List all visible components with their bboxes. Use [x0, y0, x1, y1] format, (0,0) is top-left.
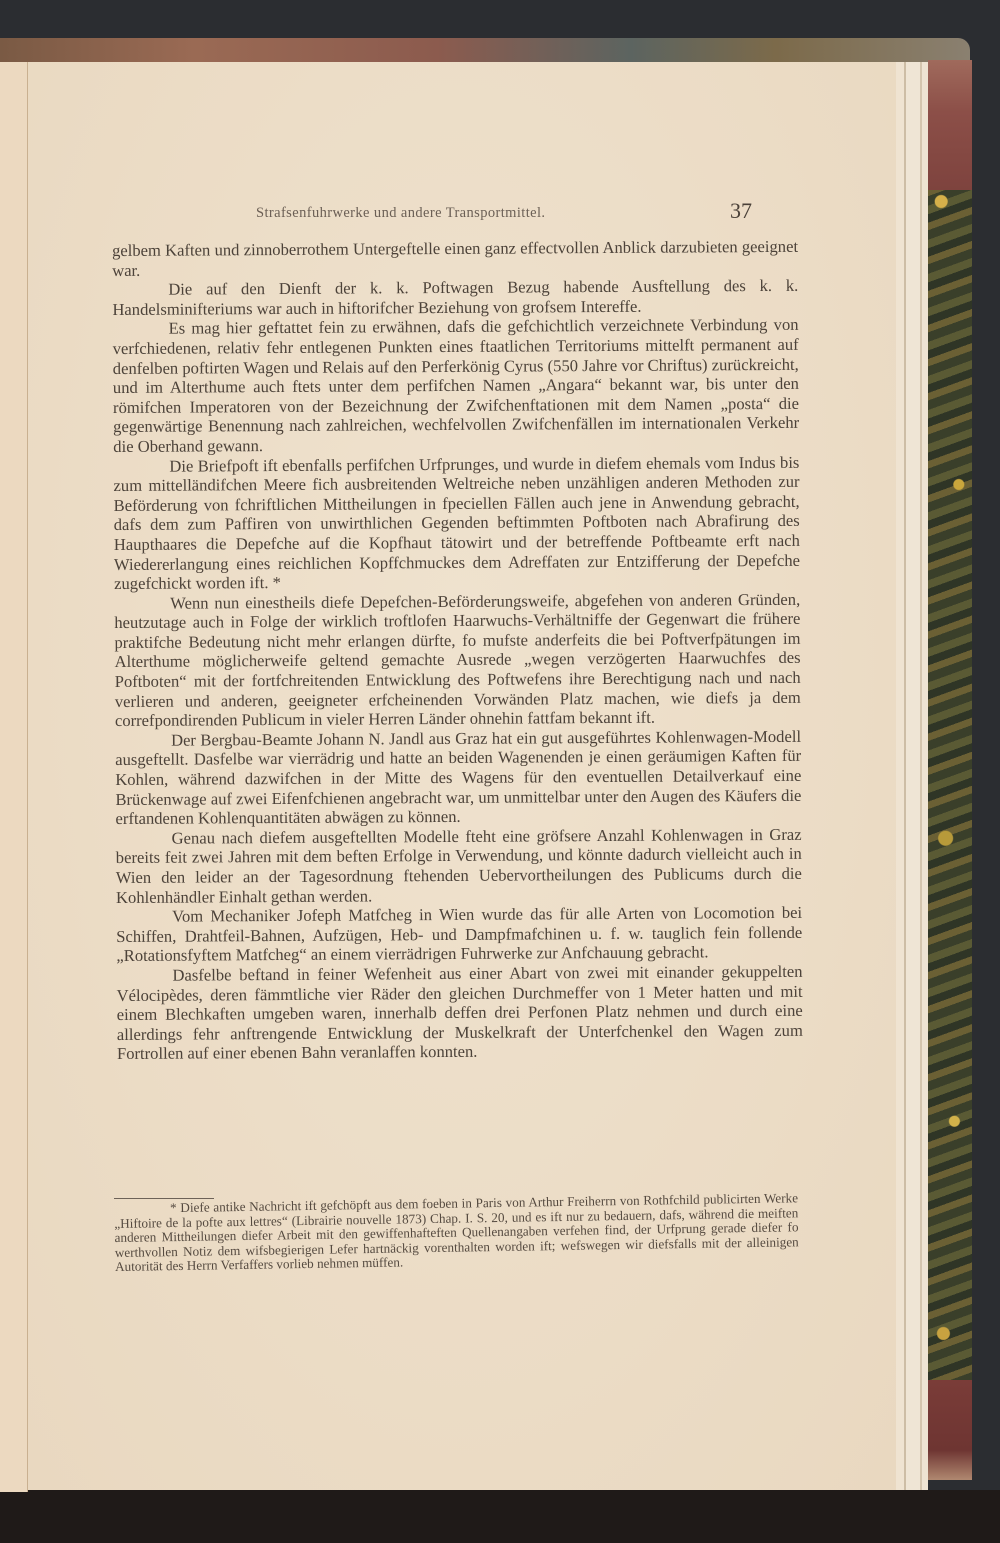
body-text: gelbem Kaften und zinnoberrothem Unterge…	[112, 237, 803, 1064]
paragraph: Dasfelbe beftand in feiner Wefenheit aus…	[116, 962, 803, 1064]
book-page: Strafsenfuhrwerke und andere Transportmi…	[28, 62, 896, 1490]
facing-page-edge	[0, 62, 28, 1492]
leather-corner-bottom	[928, 1380, 972, 1480]
paragraph: Genau nach diefem ausgeftellten Modelle …	[116, 825, 802, 908]
paragraph: Es mag hier geftattet fein zu erwähnen, …	[112, 315, 799, 456]
paragraph: Vom Mechaniker Jofeph Matfcheg in Wien w…	[116, 903, 802, 966]
paragraph: Der Bergbau-Beamte Johann N. Jandl aus G…	[115, 727, 802, 829]
book-cover-bottom-edge	[0, 1490, 1000, 1543]
page-number: 37	[730, 198, 752, 224]
paragraph: Die Briefpoft ift ebenfalls perfifchen U…	[113, 452, 800, 593]
leather-corner-top	[928, 60, 972, 190]
paragraph: Wenn nun einestheils diefe Depefchen-Bef…	[114, 589, 801, 730]
paragraph: Die auf den Dienft der k. k. Poftwagen B…	[112, 276, 798, 319]
footnote-text: * Diefe antike Nachricht ift gefchöpft a…	[114, 1191, 799, 1275]
paragraph: gelbem Kaften und zinnoberrothem Unterge…	[112, 237, 798, 280]
running-head: Strafsenfuhrwerke und andere Transportmi…	[256, 205, 756, 222]
footnote: * Diefe antike Nachricht ift gefchöpft a…	[114, 1191, 799, 1275]
marbled-cover-edge	[928, 60, 972, 1475]
